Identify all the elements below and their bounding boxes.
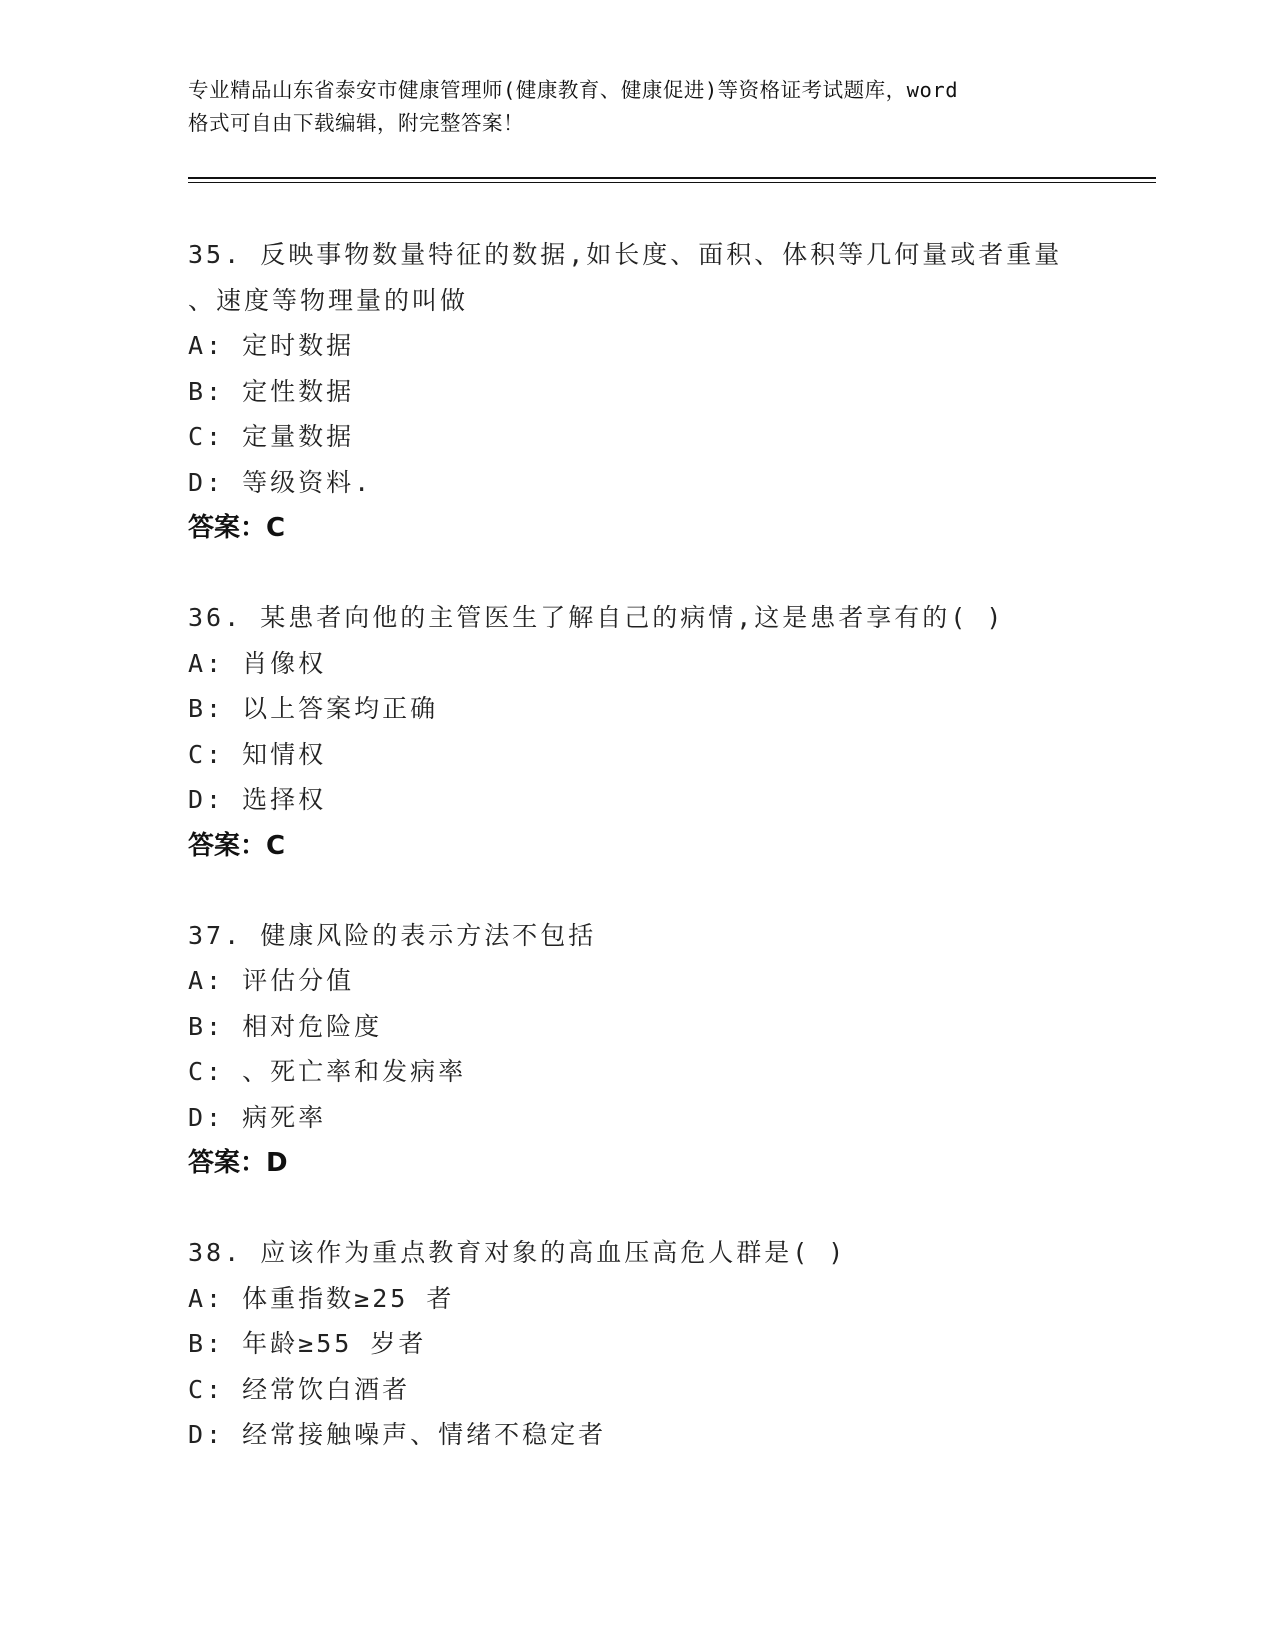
option-c: C: 、死亡率和发病率 xyxy=(188,1049,1148,1095)
question-stem: 37. 健康风险的表示方法不包括 xyxy=(188,913,1148,959)
option-c: C: 知情权 xyxy=(188,732,1148,778)
question-stem: 36. 某患者向他的主管医生了解自己的病情,这是患者享有的( ) xyxy=(188,595,1148,641)
question-38: 38. 应该作为重点教育对象的高血压高危人群是( ) A: 体重指数≥25 者 … xyxy=(188,1230,1148,1458)
question-35: 35. 反映事物数量特征的数据,如长度、面积、体积等几何量或者重量 、速度等物理… xyxy=(188,232,1148,551)
option-a: A: 评估分值 xyxy=(188,958,1148,1004)
option-d: D: 病死率 xyxy=(188,1095,1148,1141)
header-line-2: 格式可自由下载编辑，附完整答案！ xyxy=(188,107,1088,140)
header-divider-thin xyxy=(188,182,1156,183)
option-b: B: 相对危险度 xyxy=(188,1004,1148,1050)
option-d: D: 等级资料. xyxy=(188,460,1148,506)
question-stem-continued: 、速度等物理量的叫做 xyxy=(188,278,1148,324)
question-list: 35. 反映事物数量特征的数据,如长度、面积、体积等几何量或者重量 、速度等物理… xyxy=(188,232,1148,1502)
option-c: C: 经常饮白酒者 xyxy=(188,1367,1148,1413)
option-b: B: 以上答案均正确 xyxy=(188,686,1148,732)
question-stem: 35. 反映事物数量特征的数据,如长度、面积、体积等几何量或者重量 xyxy=(188,232,1148,278)
question-stem: 38. 应该作为重点教育对象的高血压高危人群是( ) xyxy=(188,1230,1148,1276)
answer-label: 答案：C xyxy=(188,505,1148,551)
answer-label: 答案：C xyxy=(188,823,1148,869)
option-d: D: 选择权 xyxy=(188,777,1148,823)
option-b: B: 定性数据 xyxy=(188,369,1148,415)
option-b: B: 年龄≥55 岁者 xyxy=(188,1321,1148,1367)
header-divider-thick xyxy=(188,177,1156,179)
option-a: A: 肖像权 xyxy=(188,641,1148,687)
question-37: 37. 健康风险的表示方法不包括 A: 评估分值 B: 相对危险度 C: 、死亡… xyxy=(188,913,1148,1187)
option-a: A: 定时数据 xyxy=(188,323,1148,369)
document-header: 专业精品山东省泰安市健康管理师(健康教育、健康促进)等资格证考试题库，word … xyxy=(188,74,1088,140)
header-line-1: 专业精品山东省泰安市健康管理师(健康教育、健康促进)等资格证考试题库，word xyxy=(188,74,1088,107)
answer-label: 答案：D xyxy=(188,1140,1148,1186)
option-d: D: 经常接触噪声、情绪不稳定者 xyxy=(188,1412,1148,1458)
document-page: 专业精品山东省泰安市健康管理师(健康教育、健康促进)等资格证考试题库，word … xyxy=(0,0,1275,1650)
question-36: 36. 某患者向他的主管医生了解自己的病情,这是患者享有的( ) A: 肖像权 … xyxy=(188,595,1148,869)
option-a: A: 体重指数≥25 者 xyxy=(188,1276,1148,1322)
option-c: C: 定量数据 xyxy=(188,414,1148,460)
